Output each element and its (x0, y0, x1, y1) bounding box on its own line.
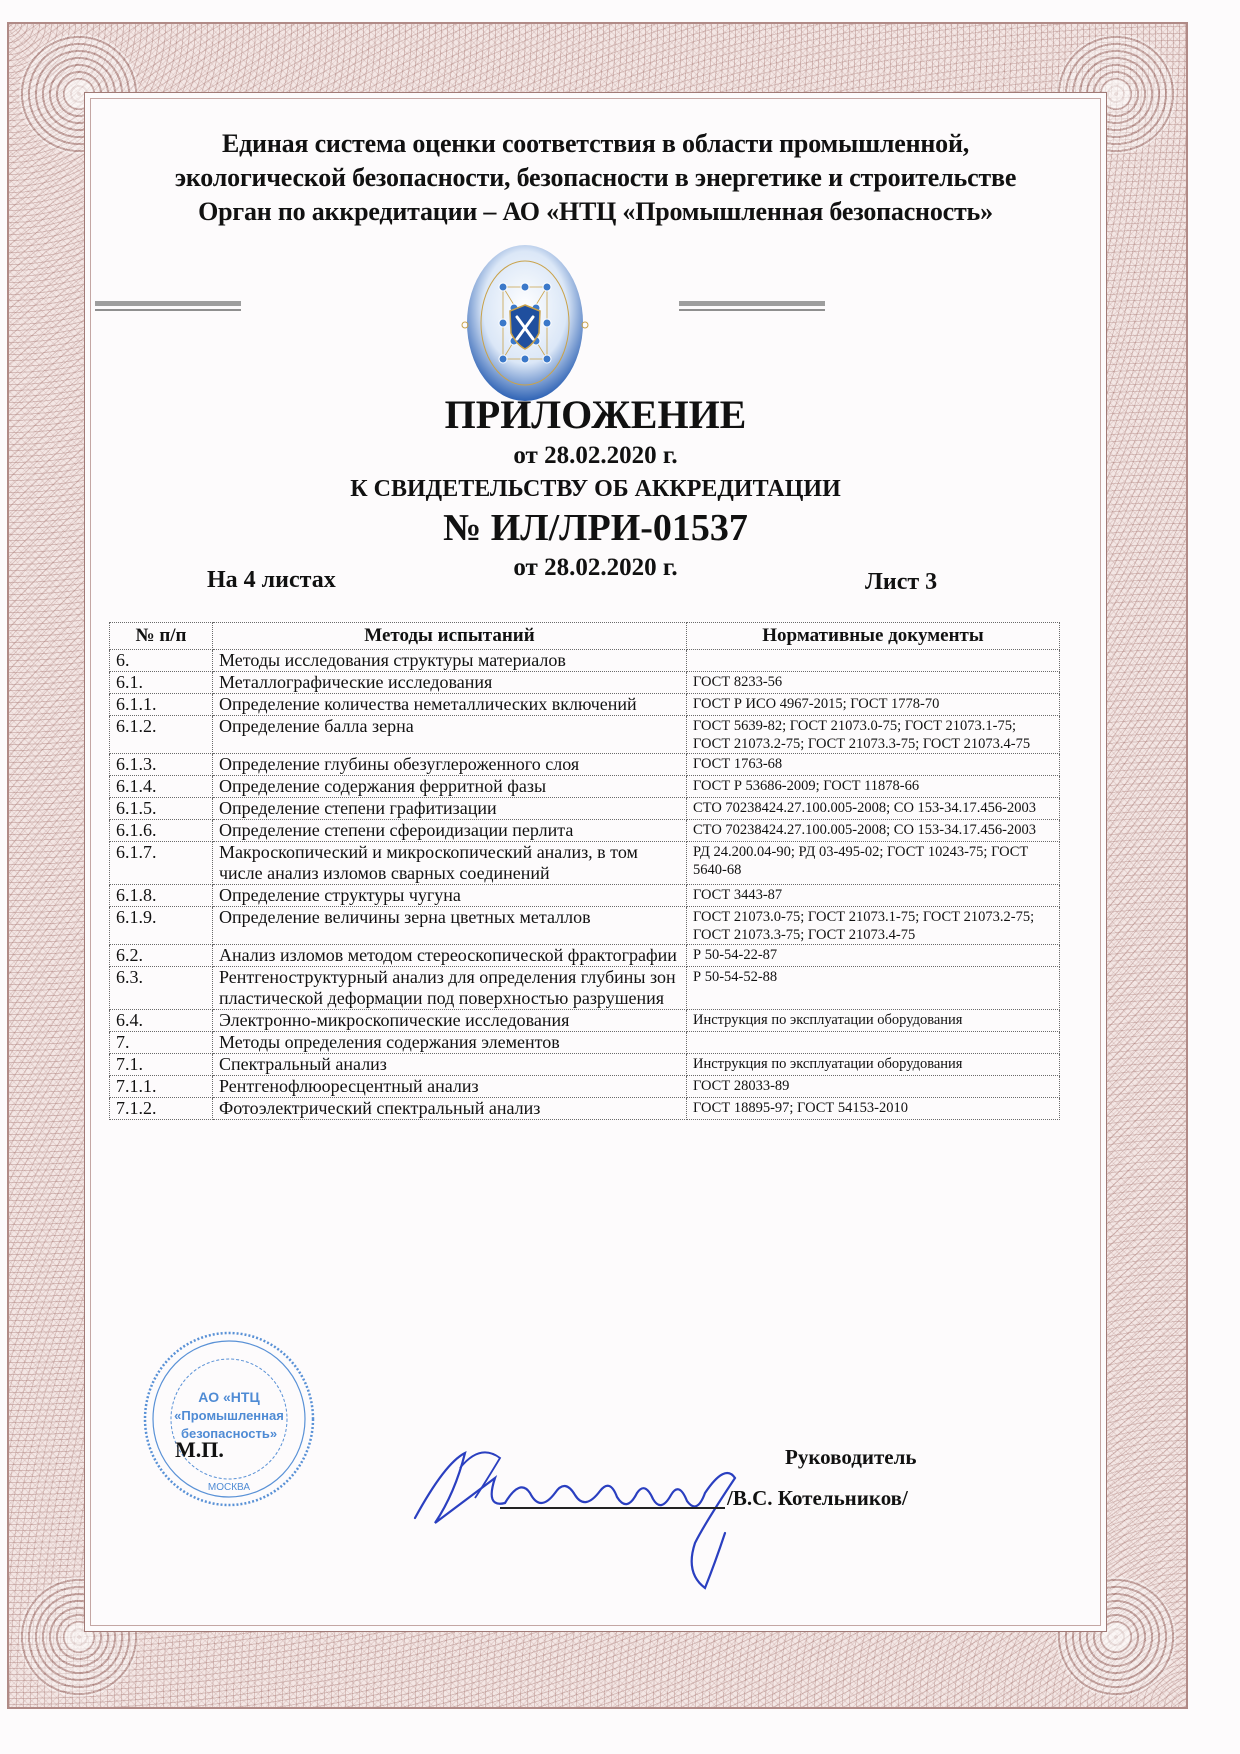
signer-role: Руководитель (785, 1445, 916, 1470)
column-header-documents: Нормативные документы (687, 623, 1060, 650)
row-method: Определение балла зерна (213, 716, 687, 754)
table-row: 6.Методы исследования структуры материал… (110, 650, 1060, 672)
row-method: Методы определения содержания элементов (213, 1032, 687, 1054)
row-documents: ГОСТ 5639-82; ГОСТ 21073.0-75; ГОСТ 2107… (687, 716, 1060, 754)
row-number: 6.1. (110, 672, 213, 694)
table-row: 6.1.5.Определение степени графитизацииСТ… (110, 798, 1060, 820)
logo-row (85, 243, 1106, 403)
row-number: 6.1.7. (110, 842, 213, 885)
column-header-methods: Методы испытаний (213, 623, 687, 650)
row-documents: ГОСТ 1763-68 (687, 754, 1060, 776)
table-row: 6.1.Металлографические исследованияГОСТ … (110, 672, 1060, 694)
row-number: 6.1.4. (110, 776, 213, 798)
row-method: Методы исследования структуры материалов (213, 650, 687, 672)
row-method: Спектральный анализ (213, 1054, 687, 1076)
table-row: 6.1.8.Определение структуры чугунаГОСТ 3… (110, 885, 1060, 907)
document-title: ПРИЛОЖЕНИЕ (85, 391, 1106, 439)
table-row: 6.1.4.Определение содержания ферритной ф… (110, 776, 1060, 798)
table-row: 6.4.Электронно-микроскопические исследов… (110, 1010, 1060, 1032)
row-documents: СТО 70238424.27.100.005-2008; СО 153-34.… (687, 798, 1060, 820)
test-methods-table: № п/п Методы испытаний Нормативные докум… (109, 622, 1060, 1120)
row-number: 6.1.3. (110, 754, 213, 776)
row-method: Металлографические исследования (213, 672, 687, 694)
row-number: 6.3. (110, 967, 213, 1010)
row-method: Фотоэлектрический спектральный анализ (213, 1098, 687, 1120)
row-documents: ГОСТ Р ИСО 4967-2015; ГОСТ 1778-70 (687, 694, 1060, 716)
row-number: 6.1.9. (110, 907, 213, 945)
stamp-line: «Промышленная (174, 1408, 284, 1423)
header-line: Орган по аккредитации – АО «НТЦ «Промышл… (85, 195, 1106, 229)
row-documents: ГОСТ 8233-56 (687, 672, 1060, 694)
row-documents: ГОСТ 28033-89 (687, 1076, 1060, 1098)
row-documents: ГОСТ Р 53686-2009; ГОСТ 11878-66 (687, 776, 1060, 798)
row-method: Определение величины зерна цветных метал… (213, 907, 687, 945)
table-row: 6.3.Рентгеноструктурный анализ для опред… (110, 967, 1060, 1010)
row-number: 7.1.1. (110, 1076, 213, 1098)
row-method: Рентгеноструктурный анализ для определен… (213, 967, 687, 1010)
row-number: 6.1.6. (110, 820, 213, 842)
row-documents: СТО 70238424.27.100.005-2008; СО 153-34.… (687, 820, 1060, 842)
appendix-date: от 28.02.2020 г. (85, 439, 1106, 473)
row-method: Определение содержания ферритной фазы (213, 776, 687, 798)
decorative-rule (679, 301, 825, 311)
row-number: 6.1.2. (110, 716, 213, 754)
row-number: 7. (110, 1032, 213, 1054)
row-number: 7.1. (110, 1054, 213, 1076)
row-method: Электронно-микроскопические исследования (213, 1010, 687, 1032)
row-number: 6.1.8. (110, 885, 213, 907)
row-method: Определение глубины обезуглероженного сл… (213, 754, 687, 776)
row-documents: ГОСТ 3443-87 (687, 885, 1060, 907)
row-number: 6.1.5. (110, 798, 213, 820)
row-method: Рентгенофлюоресцентный анализ (213, 1076, 687, 1098)
row-method: Определение степени графитизации (213, 798, 687, 820)
signer-name: /В.С. Котельников/ (727, 1486, 908, 1511)
row-number: 6.4. (110, 1010, 213, 1032)
row-method: Макроскопический и микроскопический анал… (213, 842, 687, 885)
row-number: 6.1.1. (110, 694, 213, 716)
handwritten-signature-icon (405, 1423, 785, 1603)
table-row: 6.1.7.Макроскопический и микроскопически… (110, 842, 1060, 885)
table-row: 6.1.2.Определение балла зернаГОСТ 5639-8… (110, 716, 1060, 754)
table-row: 6.1.1.Определение количества неметалличе… (110, 694, 1060, 716)
table-row: 6.1.3.Определение глубины обезуглероженн… (110, 754, 1060, 776)
row-number: 7.1.2. (110, 1098, 213, 1120)
header-line: Единая система оценки соответствия в обл… (85, 127, 1106, 161)
certificate-number: № ИЛ/ЛРИ-01537 (85, 505, 1106, 551)
table-row: 6.1.6.Определение степени сфероидизации … (110, 820, 1060, 842)
row-documents: ГОСТ 21073.0-75; ГОСТ 21073.1-75; ГОСТ 2… (687, 907, 1060, 945)
table-row: 7.1.2.Фотоэлектрический спектральный ана… (110, 1098, 1060, 1120)
decorative-rule (95, 301, 241, 311)
row-documents: Р 50-54-22-87 (687, 945, 1060, 967)
stamp-line: АО «НТЦ (198, 1389, 260, 1405)
row-documents: ГОСТ 18895-97; ГОСТ 54153-2010 (687, 1098, 1060, 1120)
row-documents (687, 1032, 1060, 1054)
stamp-city: МОСКВА (208, 1482, 250, 1493)
title-block: ПРИЛОЖЕНИЕ от 28.02.2020 г. К СВИДЕТЕЛЬС… (85, 391, 1106, 585)
row-method: Анализ изломов методом стереоскопической… (213, 945, 687, 967)
document-panel: Единая система оценки соответствия в обл… (84, 92, 1107, 1632)
row-number: 6.2. (110, 945, 213, 967)
column-header-number: № п/п (110, 623, 213, 650)
row-method: Определение структуры чугуна (213, 885, 687, 907)
table-row: 7.1.Спектральный анализИнструкция по экс… (110, 1054, 1060, 1076)
table-row: 6.2.Анализ изломов методом стереоскопиче… (110, 945, 1060, 967)
table-row: 7.Методы определения содержания элементо… (110, 1032, 1060, 1054)
row-method: Определение степени сфероидизации перлит… (213, 820, 687, 842)
row-documents (687, 650, 1060, 672)
row-documents: Инструкция по эксплуатации оборудования (687, 1054, 1060, 1076)
shield-crossed-hammers-emblem-icon (445, 243, 605, 403)
row-documents: РД 24.200.04-90; РД 03-495-02; ГОСТ 1024… (687, 842, 1060, 885)
certificate-caption: К СВИДЕТЕЛЬСТВУ ОБ АККРЕДИТАЦИИ (85, 473, 1106, 505)
row-number: 6. (110, 650, 213, 672)
signature-line (500, 1507, 725, 1509)
sheet-count: На 4 листах (207, 567, 336, 594)
table-header-row: № п/п Методы испытаний Нормативные докум… (110, 623, 1060, 650)
sheet-number: Лист 3 (865, 569, 937, 596)
issuer-header: Единая система оценки соответствия в обл… (85, 127, 1106, 229)
row-documents: Р 50-54-52-88 (687, 967, 1060, 1010)
row-method: Определение количества неметаллических в… (213, 694, 687, 716)
table-row: 7.1.1.Рентгенофлюоресцентный анализГОСТ … (110, 1076, 1060, 1098)
row-documents: Инструкция по эксплуатации оборудования (687, 1010, 1060, 1032)
table-row: 6.1.9.Определение величины зерна цветных… (110, 907, 1060, 945)
organization-seal-stamp: АО «НТЦ «Промышленная безопасность» МОСК… (141, 1330, 317, 1508)
header-line: экологической безопасности, безопасности… (85, 161, 1106, 195)
seal-place-label: М.П. (175, 1437, 224, 1463)
